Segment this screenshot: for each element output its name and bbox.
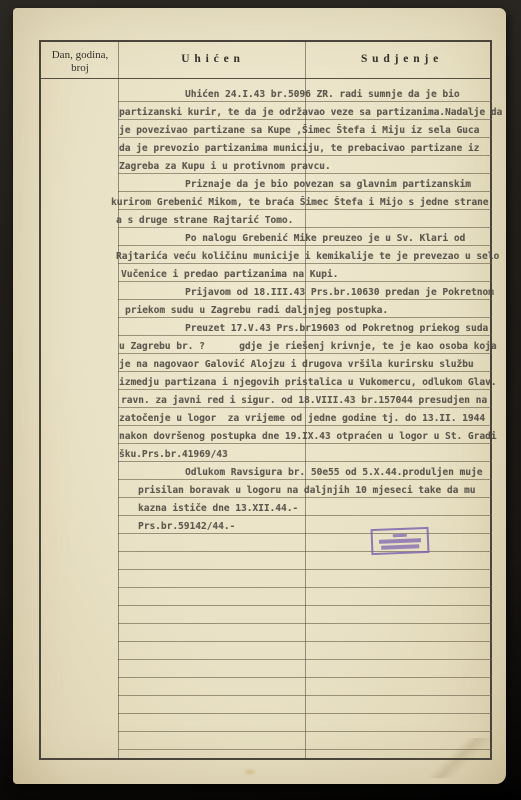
stamp-text-row xyxy=(393,533,407,537)
stamp-text-row xyxy=(379,538,421,544)
record-table: Dan, godina, broj Uhićen Sudjenje xyxy=(39,40,492,760)
ink-stamp xyxy=(371,527,430,555)
header-date-line2: broj xyxy=(52,62,109,75)
column-divider-2 xyxy=(305,42,306,758)
table-header-row: Dan, godina, broj Uhićen Sudjenje xyxy=(41,42,490,79)
stamp-text-row xyxy=(381,544,419,549)
paper-stain xyxy=(243,768,257,776)
header-date-column: Dan, godina, broj xyxy=(52,49,109,74)
header-date-line1: Dan, godina, xyxy=(52,49,109,62)
column-divider-1 xyxy=(118,42,119,758)
photo-background: Dan, godina, broj Uhićen Sudjenje Uhićen… xyxy=(0,0,521,800)
header-trial-column: Sudjenje xyxy=(361,53,443,65)
header-arrested-column: Uhićen xyxy=(181,53,244,65)
